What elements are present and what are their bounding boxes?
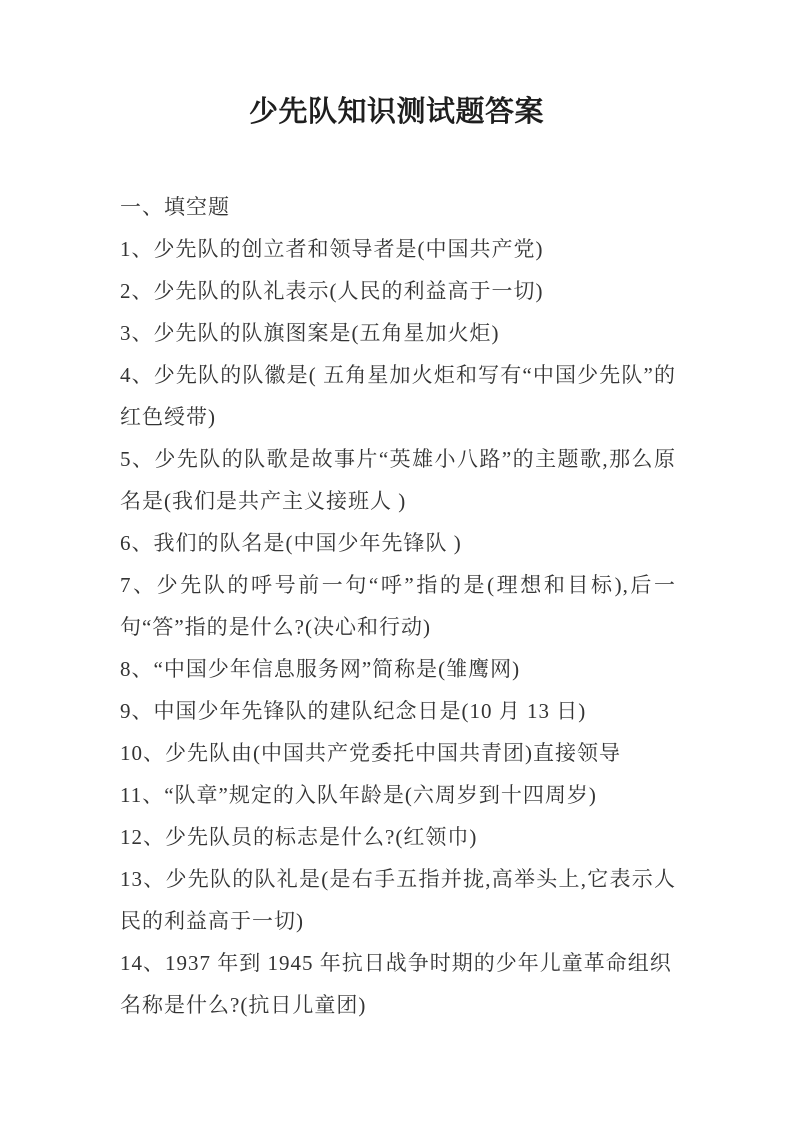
- question-item-4: 4、少先队的队徽是( 五角星加火炬和写有“中国少先队”的红色绶带): [120, 354, 676, 438]
- question-item-13: 13、少先队的队礼是(是右手五指并拢,高举头上,它表示人民的利益高于一切): [120, 858, 676, 942]
- section-heading: 一、填空题: [120, 186, 676, 228]
- question-item-1: 1、少先队的创立者和领导者是(中国共产党): [120, 228, 676, 270]
- question-item-2: 2、少先队的队礼表示(人民的利益高于一切): [120, 270, 676, 312]
- question-item-9: 9、中国少年先锋队的建队纪念日是(10 月 13 日): [120, 690, 676, 732]
- question-item-3: 3、少先队的队旗图案是(五角星加火炬): [120, 312, 676, 354]
- question-item-11: 11、“队章”规定的入队年龄是(六周岁到十四周岁): [120, 774, 676, 816]
- document-title: 少先队知识测试题答案: [0, 94, 793, 130]
- question-item-6: 6、我们的队名是(中国少年先锋队 ): [120, 522, 676, 564]
- question-item-7: 7、少先队的呼号前一句“呼”指的是(理想和目标),后一句“答”指的是什么?(决心…: [120, 564, 676, 648]
- question-item-14: 14、1937 年到 1945 年抗日战争时期的少年儿童革命组织名称是什么?(抗…: [120, 942, 676, 1026]
- document-page: 少先队知识测试题答案 一、填空题 1、少先队的创立者和领导者是(中国共产党) 2…: [0, 0, 793, 1122]
- question-item-8: 8、“中国少年信息服务网”简称是(雏鹰网): [120, 648, 676, 690]
- question-item-12: 12、少先队员的标志是什么?(红领巾): [120, 816, 676, 858]
- question-item-5: 5、少先队的队歌是故事片“英雄小八路”的主题歌,那么原名是(我们是共产主义接班人…: [120, 438, 676, 522]
- question-item-10: 10、少先队由(中国共产党委托中国共青团)直接领导: [120, 732, 676, 774]
- document-body: 一、填空题 1、少先队的创立者和领导者是(中国共产党) 2、少先队的队礼表示(人…: [120, 186, 676, 1026]
